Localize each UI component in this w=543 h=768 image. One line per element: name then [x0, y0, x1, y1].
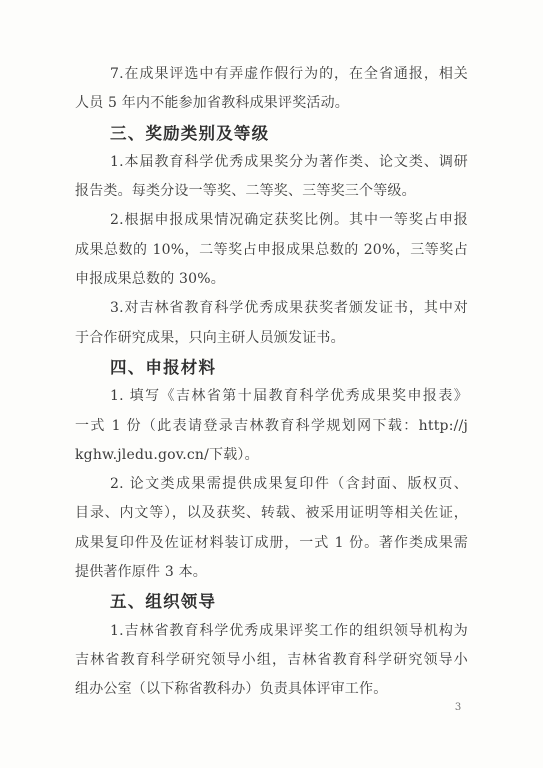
text-line: 2.根据申报成果情况确定获奖比例。其中一等奖占申报 — [75, 206, 468, 235]
text-line: 成果复印件及佐证材料装订成册，一式 1 份。著作类成果需 — [75, 529, 468, 558]
text-line: 于合作研究成果，只向主研人员颁发证书。 — [75, 324, 468, 353]
text-line: 7.在成果评选中有弄虚作假行为的，在全省通报，相关 — [75, 60, 468, 89]
text-line: 报告类。每类分设一等奖、二等奖、三等奖三个等级。 — [75, 177, 468, 206]
section-heading: 五、组织领导 — [75, 587, 468, 616]
text-line: 申报成果总数的 30%。 — [75, 265, 468, 294]
section-heading: 三、奖励类别及等级 — [75, 119, 468, 148]
text-line: 1.吉林省教育科学优秀成果评奖工作的组织领导机构为 — [75, 617, 468, 646]
text-line: 一式 1 份（此表请登录吉林教育科学规划网下载：http://j — [75, 412, 468, 441]
text-line: kghw.jledu.gov.cn/下载）。 — [75, 441, 468, 470]
text-line: 1.本届教育科学优秀成果奖分为著作类、论文类、调研 — [75, 148, 468, 177]
text-line: 吉林省教育科学研究领导小组，吉林省教育科学研究领导小 — [75, 646, 468, 675]
page-number: 3 — [449, 702, 467, 713]
text-line: 组办公室（以下称省教科办）负责具体评审工作。 — [75, 675, 468, 704]
text-line: 目录、内文等），以及获奖、转载、被采用证明等相关佐证， — [75, 499, 468, 528]
text-line: 3.对吉林省教育科学优秀成果获奖者颁发证书，其中对 — [75, 294, 468, 323]
text-line: 成果总数的 10%，二等奖占申报成果总数的 20%，三等奖占 — [75, 236, 468, 265]
text-line: 提供著作原件 3 本。 — [75, 558, 468, 587]
text-line: 1. 填写《吉林省第十届教育科学优秀成果奖申报表》 — [75, 382, 468, 411]
text-line: 人员 5 年内不能参加省教科成果评奖活动。 — [75, 89, 468, 118]
document-page: 7.在成果评选中有弄虚作假行为的，在全省通报，相关人员 5 年内不能参加省教科成… — [0, 0, 543, 768]
section-heading: 四、申报材料 — [75, 353, 468, 382]
text-line: 2. 论文类成果需提供成果复印件（含封面、版权页、 — [75, 470, 468, 499]
document-body: 7.在成果评选中有弄虚作假行为的，在全省通报，相关人员 5 年内不能参加省教科成… — [75, 60, 468, 705]
